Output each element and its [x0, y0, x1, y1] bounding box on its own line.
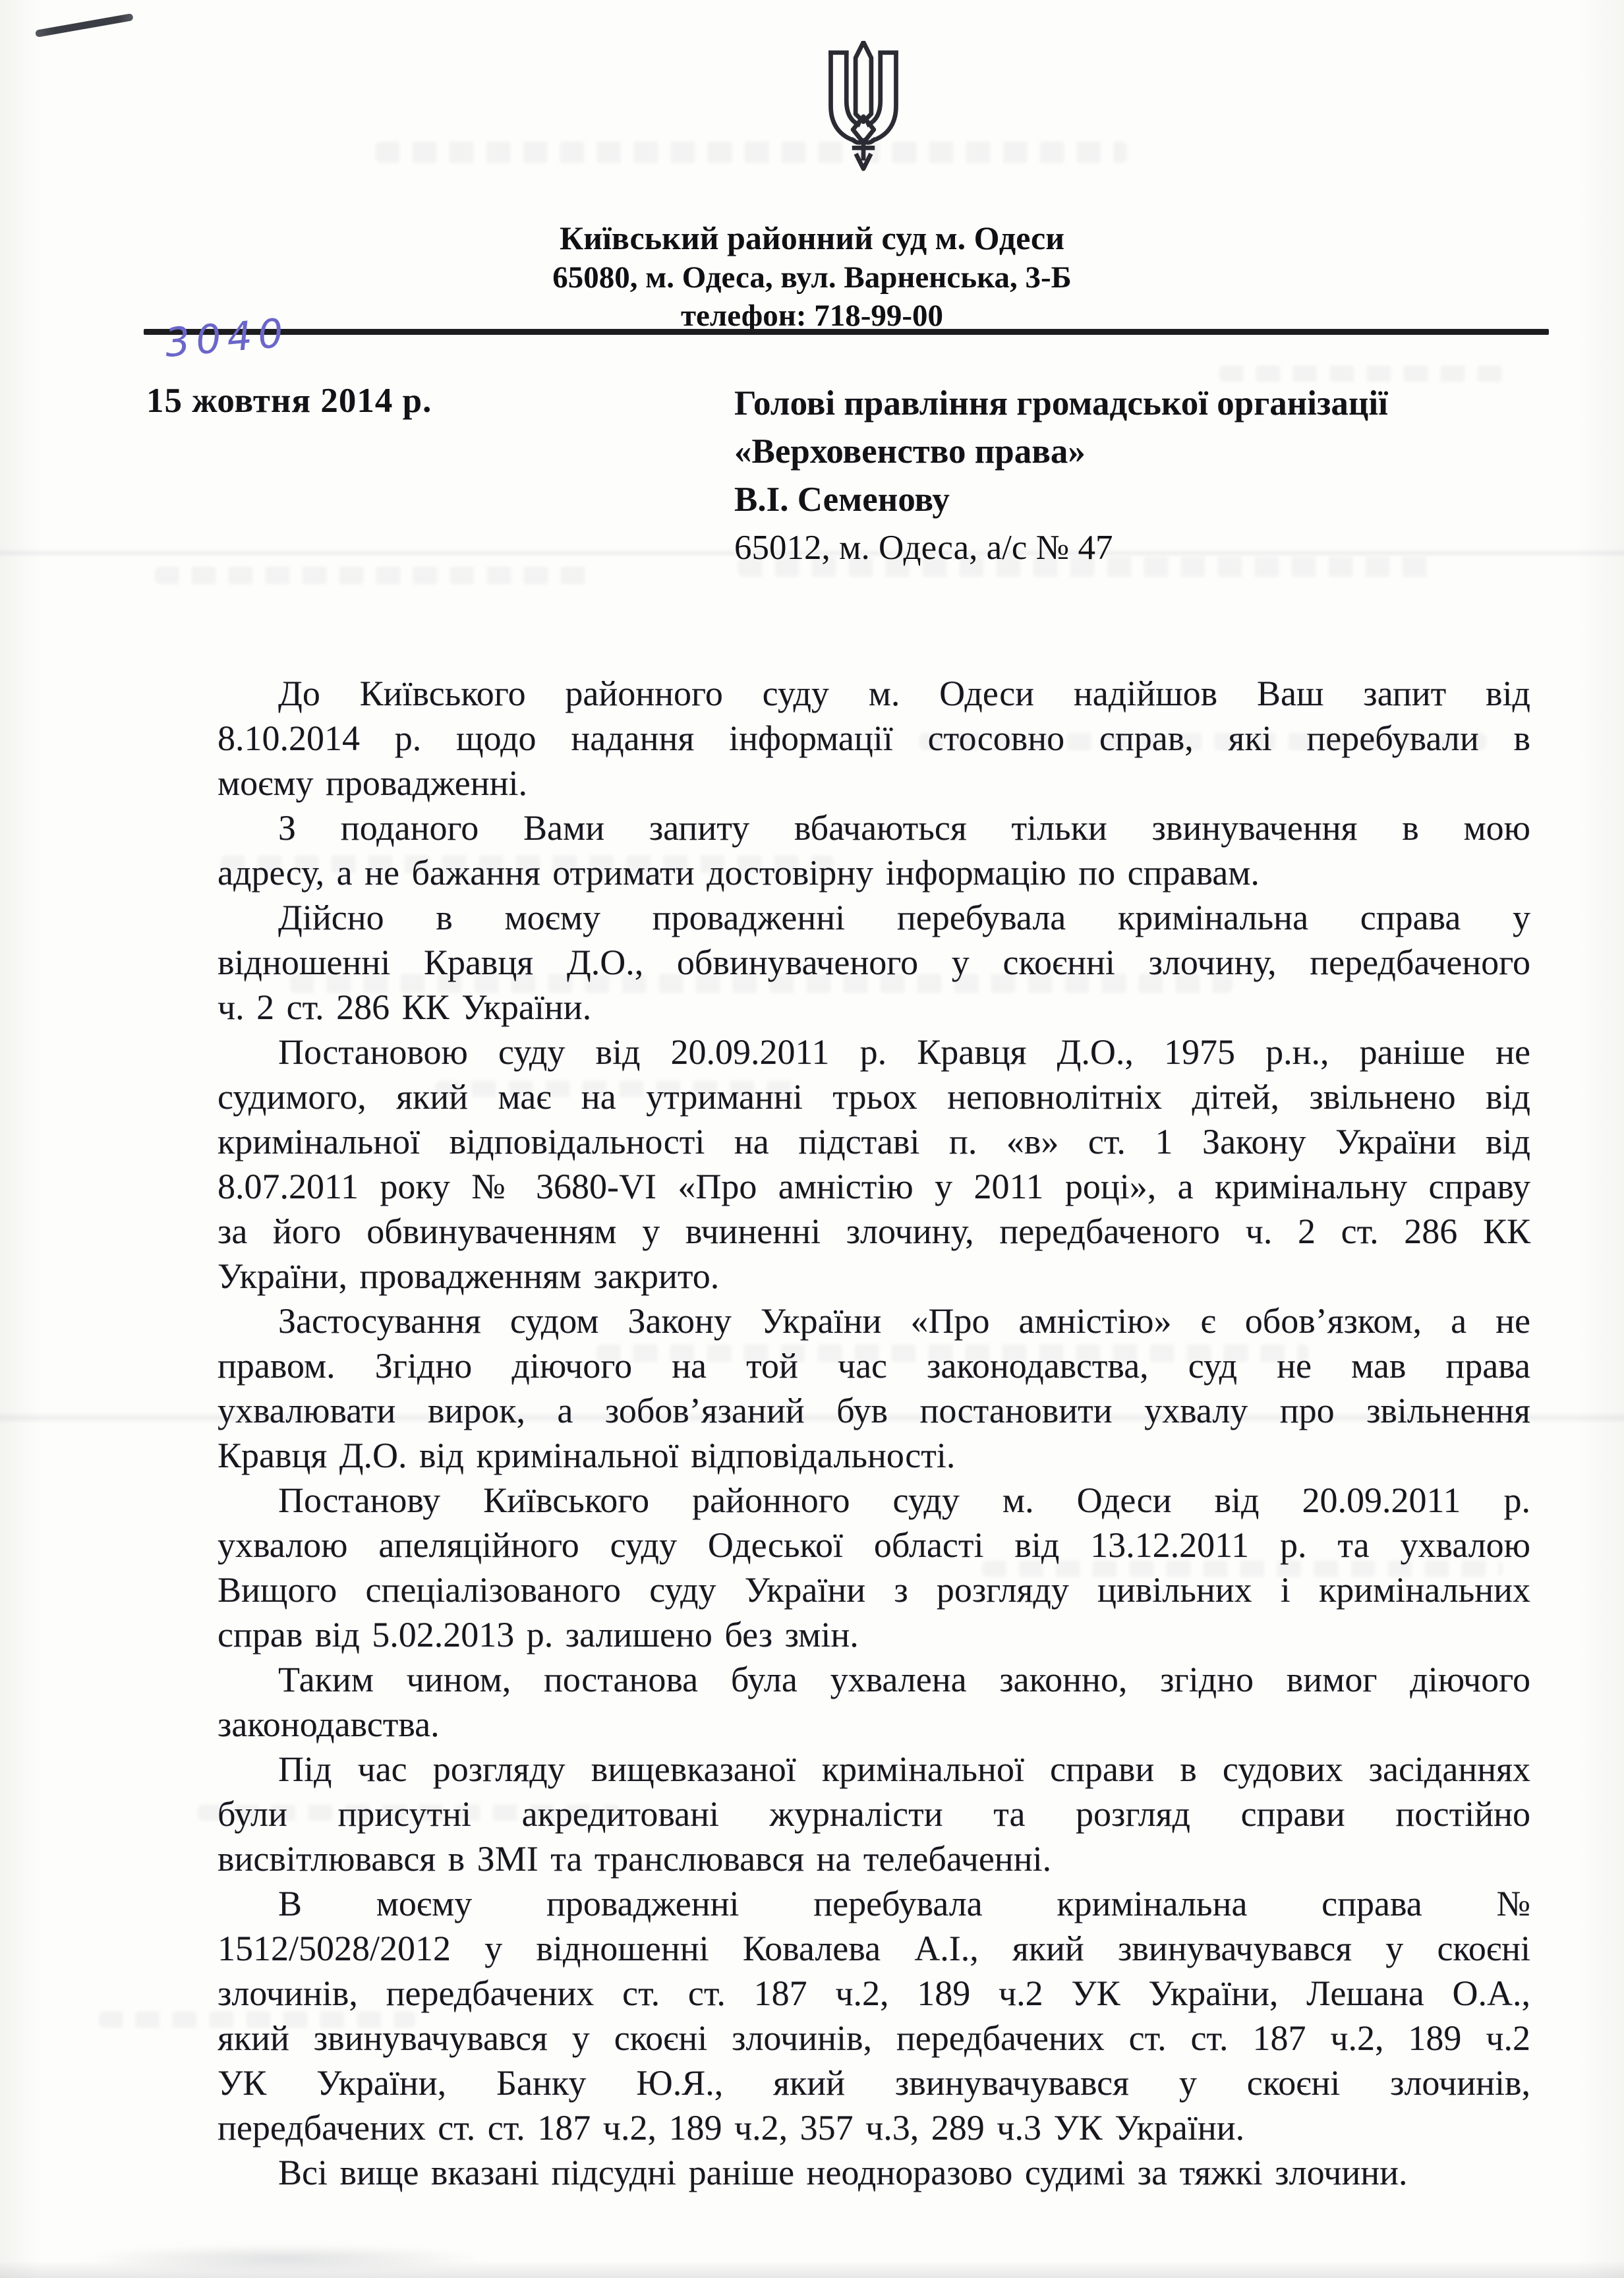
body-line: кримінальної відповідальності на підстав…	[217, 1119, 1530, 1164]
court-address: 65080, м. Одеса, вул. Варненська, 3-Б	[0, 258, 1624, 297]
bleed-through-artifact	[155, 567, 590, 584]
addressee-organization: «Верховенство права»	[734, 428, 1551, 476]
body-line: правом. Згідно діючого на той час законо…	[217, 1343, 1530, 1388]
body-line: злочинів, передбачених ст. ст. 187 ч.2, …	[217, 1971, 1530, 2016]
body-line: ч. 2 ст. 286 КК України.	[217, 985, 1530, 1030]
body-line: який звинувачувався у скоєні злочинів, п…	[217, 2016, 1530, 2060]
letter-body: До Київського районного суду м. Одеси на…	[217, 671, 1530, 2195]
body-line: Вищого спеціалізованого суду України з р…	[217, 1567, 1530, 1612]
document-date: 15 жовтня 2014 р.	[146, 381, 432, 421]
body-line: Постанову Київського районного суду м. О…	[217, 1478, 1530, 1523]
body-line: УК України, Банку Ю.Я., який звинувачува…	[217, 2060, 1530, 2105]
scanned-letter-page: Київський районний суд м. Одеси 65080, м…	[0, 0, 1624, 2278]
body-line: за його обвинуваченням у вчиненні злочин…	[217, 1209, 1530, 1254]
body-line: висвітлювався в ЗМІ та транслювався на т…	[217, 1836, 1530, 1881]
body-line: були присутні акредитовані журналісти та…	[217, 1792, 1530, 1836]
scan-edge-shadow	[0, 2261, 1624, 2278]
body-line: 1512/5028/2012 у відношенні Ковалева А.І…	[217, 1926, 1530, 1971]
addressee-address: 65012, м. Одеса, а/с № 47	[734, 524, 1551, 572]
body-line: З поданого Вами запиту вбачаються тільки…	[217, 805, 1530, 850]
body-line: справ від 5.02.2013 р. залишено без змін…	[217, 1612, 1530, 1657]
body-line: законодавства.	[217, 1702, 1530, 1747]
body-line: Дійсно в моєму провадженні перебувала кр…	[217, 895, 1530, 940]
bleed-through-artifact	[376, 142, 1127, 163]
body-line: До Київського районного суду м. Одеси на…	[217, 671, 1530, 716]
body-line: передбачених ст. ст. 187 ч.2, 189 ч.2, 3…	[217, 2105, 1530, 2150]
body-line: Таким чином, постанова була ухвалена зак…	[217, 1657, 1530, 1702]
body-line: Кравця Д.О. від кримінальної відповідаль…	[217, 1433, 1530, 1478]
addressee-name: В.І. Семенову	[734, 476, 1551, 524]
body-line: України, провадженням закрито.	[217, 1254, 1530, 1299]
handwritten-registration-number: 3040	[163, 310, 291, 366]
body-line: Застосування судом Закону України «Про а…	[217, 1299, 1530, 1343]
court-name: Київський районний суд м. Одеси	[0, 218, 1624, 258]
body-line: 8.07.2011 року № 3680-VI «Про амністію у…	[217, 1164, 1530, 1209]
pen-mark-artifact	[35, 13, 134, 38]
ukraine-trident-emblem	[821, 41, 906, 171]
addressee-title: Голові правління громадської організації	[734, 380, 1551, 428]
body-line: В моєму провадженні перебувала криміналь…	[217, 1881, 1530, 1926]
body-line: Під час розгляду вищевказаної кримінальн…	[217, 1747, 1530, 1792]
letterhead-rule	[144, 329, 1549, 335]
body-line: судимого, який має на утриманні трьох не…	[217, 1074, 1530, 1119]
body-line: моєму провадженні.	[217, 761, 1530, 805]
body-line: ухвалою апеляційного суду Одеської облас…	[217, 1523, 1530, 1567]
body-line: відношенні Кравця Д.О., обвинуваченого у…	[217, 940, 1530, 985]
addressee-block: Голові правління громадської організації…	[734, 380, 1551, 572]
body-line: 8.10.2014 р. щодо надання інформації сто…	[217, 716, 1530, 761]
body-line: ухвалювати вирок, а зобов’язаний був пос…	[217, 1388, 1530, 1433]
body-line: Постановою суду від 20.09.2011 р. Кравця…	[217, 1030, 1530, 1074]
body-line: Всі вище вказані підсудні раніше неоднор…	[217, 2150, 1530, 2195]
body-line: адресу, а не бажання отримати достовірну…	[217, 850, 1530, 895]
